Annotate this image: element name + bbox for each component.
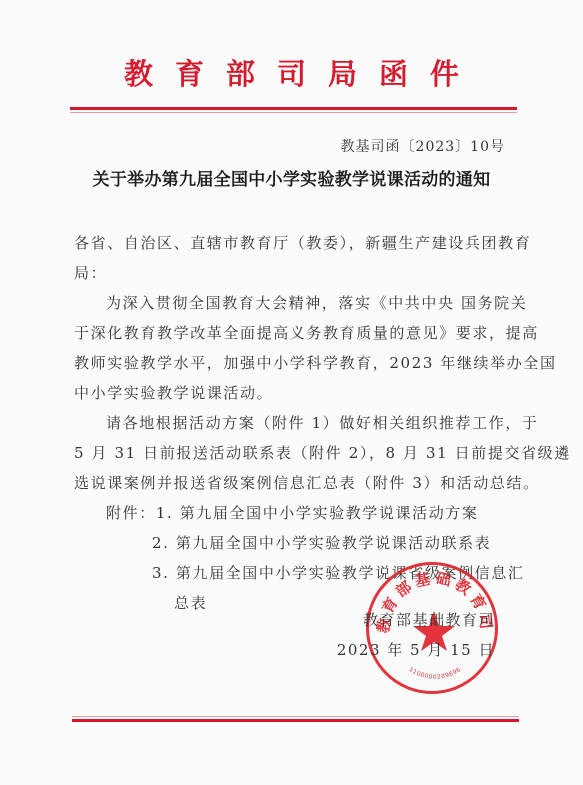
document-body: 各省、自治区、直辖市教育厅（教委），新疆生产建设兵团教育 局： 为深入贯彻全国教…	[74, 228, 514, 618]
signature-block: 教育部基础教育司 2023 年 5 月 15 日	[337, 605, 495, 665]
document-number: 教基司函〔2023〕10号	[341, 136, 505, 156]
paragraph-line: 为深入贯彻全国教育大会精神，落实《中共中央 国务院关	[74, 288, 514, 318]
paragraph-line: 教师实验教学水平，加强中小学科学教育，2023 年继续举办全国	[74, 348, 514, 378]
footer-rule-thick	[72, 719, 519, 722]
salutation-line: 局：	[74, 258, 514, 288]
header-rule-thick	[70, 107, 517, 110]
paragraph-line: 于深化教育教学改革全面提高义务教育质量的意见》要求，提高	[74, 318, 514, 348]
paragraph-line: 5 月 31 日前报送活动联系表（附件 2），8 月 31 日前提交省级遴	[74, 438, 514, 468]
attachment-item: 1. 第九届全国中小学实验教学说课活动方案	[156, 504, 479, 522]
issuer-name: 教育部基础教育司	[337, 605, 495, 635]
svg-text:1100000289696: 1100000289696	[408, 666, 463, 681]
letterhead-title: 教育部司局函件	[0, 52, 583, 93]
attachment-item: 2. 第九届全国中小学实验教学说课活动联系表	[74, 528, 514, 558]
paragraph-line: 选说课案例并报送省级案例信息汇总表（附件 3）和活动总结。	[74, 468, 514, 498]
paragraph-line: 请各地根据活动方案（附件 1）做好相关组织推荐工作，于	[74, 408, 514, 438]
salutation-line: 各省、自治区、直辖市教育厅（教委），新疆生产建设兵团教育	[74, 228, 514, 258]
document-title: 关于举办第九届全国中小学实验教学说课活动的通知	[0, 165, 583, 190]
attachment-line-1: 附件：1. 第九届全国中小学实验教学说课活动方案	[74, 498, 514, 528]
paragraph-line: 中小学实验教学说课活动。	[74, 378, 514, 408]
issue-date: 2023 年 5 月 15 日	[337, 635, 495, 665]
footer-rule-thin	[72, 716, 519, 717]
attachments-label: 附件：	[106, 504, 156, 522]
header-rule-thin	[70, 112, 517, 113]
